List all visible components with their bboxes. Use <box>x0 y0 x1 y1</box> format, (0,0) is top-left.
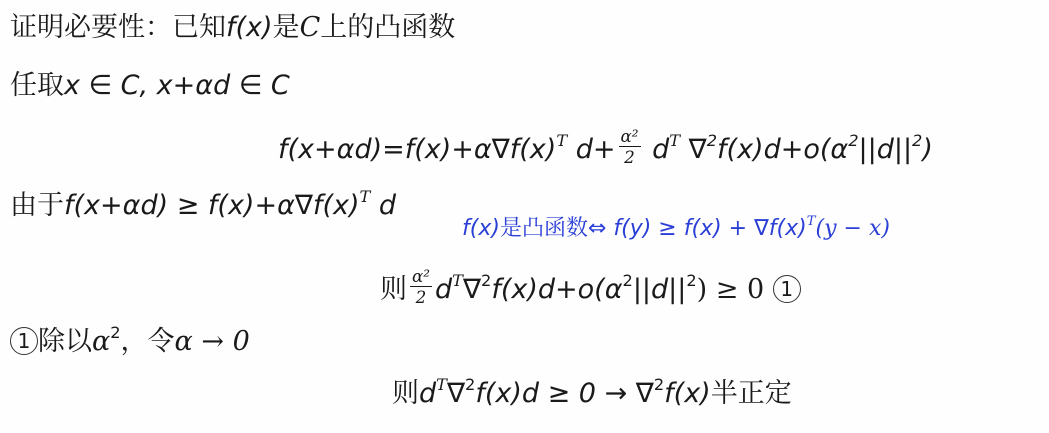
exponent: 2 <box>848 131 858 150</box>
numerator: α² <box>619 128 641 147</box>
math-expr: f(y) ≥ f(x) + ∇f(x) <box>613 216 806 241</box>
text: 是 <box>273 12 300 43</box>
math: d <box>644 134 670 165</box>
transpose: T <box>807 214 816 229</box>
nabla: ∇ <box>463 274 481 305</box>
math: f(x)d+o(α <box>491 274 622 305</box>
text: 除以 <box>38 326 92 357</box>
text: 半正定 <box>711 378 792 409</box>
math: d+ <box>567 134 615 165</box>
math-norm: ||d|| <box>859 134 913 165</box>
transpose: T <box>452 271 463 290</box>
exponent: 2 <box>481 271 491 290</box>
text: 上的凸函数 <box>320 12 455 43</box>
denominator: 2 <box>410 287 432 306</box>
text: 证明必要性：已知 <box>10 12 226 43</box>
line-choose-x: 任取x ∈ C, x+αd ∈ C <box>10 72 290 99</box>
line-divide-and-limit: 1除以α2，令α → 0 <box>10 328 250 357</box>
math-norm: ||d|| <box>633 274 687 305</box>
transpose: T <box>669 131 680 150</box>
denominator: 2 <box>619 147 641 166</box>
math-expr: x ∈ C, x+αd ∈ C <box>64 70 290 101</box>
math-alpha: α <box>92 326 110 357</box>
nabla: ∇ <box>447 378 465 409</box>
note-convexity-condition: f(x)是凸函数⇔ f(y) ≥ f(x) + ∇f(x)T(y − x) <box>462 218 890 240</box>
math: (y − x) <box>816 216 890 241</box>
line-necessity-statement: 证明必要性：已知f(x)是C上的凸函数 <box>10 14 455 41</box>
math-fx: f(x) <box>226 12 273 43</box>
text: 由于 <box>10 190 64 221</box>
exponent: 2 <box>465 375 475 394</box>
text: 任取 <box>10 70 64 101</box>
transpose: T <box>436 375 447 394</box>
text: ，令 <box>121 326 175 357</box>
equation-marker-circled-1: 1 <box>773 275 801 303</box>
math: d <box>435 274 452 305</box>
math: f(x)d ≥ 0 → ∇ <box>475 378 654 409</box>
text: 则 <box>380 274 407 305</box>
line-second-order-term: 则α²2dT∇2f(x)d+o(α2||d||2) ≥ 0 1 <box>380 272 801 309</box>
math: d <box>419 378 436 409</box>
equation-marker-circled-1: 1 <box>10 327 38 355</box>
numerator: α² <box>410 268 432 287</box>
nabla: ∇ <box>680 134 707 165</box>
exponent: 2 <box>623 271 633 290</box>
math-C: C <box>300 12 321 43</box>
line-taylor-expansion: f(x+αd)=f(x)+α∇f(x)T d+α²2 dT ∇2f(x)d+o(… <box>278 132 933 169</box>
math-expr: f(x+αd) ≥ f(x)+α∇f(x) <box>64 190 359 221</box>
text: 则 <box>392 378 419 409</box>
math: ) <box>922 134 933 165</box>
exponent: 2 <box>654 375 664 394</box>
exponent: 2 <box>912 131 922 150</box>
fraction-alpha2-over-2: α²2 <box>619 128 641 165</box>
line-conclusion-psd: 则dT∇2f(x)d ≥ 0 → ∇2f(x)半正定 <box>392 380 792 407</box>
math-lhs: f(x+αd)=f(x)+α∇f(x) <box>278 134 556 165</box>
math: d <box>370 190 396 221</box>
math: f(x)d+o(α <box>717 134 848 165</box>
math-fx: f(x) <box>664 378 711 409</box>
math-fx: f(x) <box>462 216 500 241</box>
math: ) ≥ 0 <box>697 274 773 305</box>
transpose: T <box>556 131 567 150</box>
exponent: 2 <box>686 271 696 290</box>
text: 是凸函数⇔ <box>500 216 613 241</box>
math-expr: α → 0 <box>175 326 250 357</box>
exponent: 2 <box>707 131 717 150</box>
transpose: T <box>359 187 370 206</box>
exponent: 2 <box>110 323 120 342</box>
fraction-alpha2-over-2: α²2 <box>410 268 432 305</box>
line-first-order-inequality: 由于f(x+αd) ≥ f(x)+α∇f(x)T d <box>10 192 396 219</box>
